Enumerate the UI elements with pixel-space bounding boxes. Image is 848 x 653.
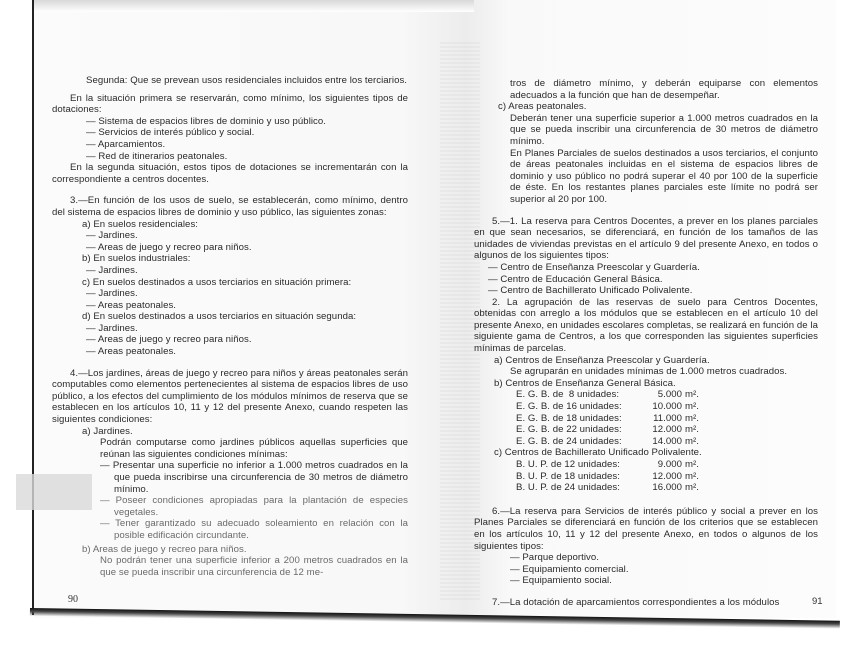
table-row: E. G. B. de 18 unidades: 11.000 m². xyxy=(480,413,818,425)
article-6: 6.—La reserva para Servicios de interés … xyxy=(474,506,818,552)
egb-unit: m². xyxy=(682,389,699,401)
article-5-1: 5.—1. La reserva para Centros Docentes, … xyxy=(474,216,818,262)
article-4-b-text: No podrán tener una superficie inferior … xyxy=(62,555,408,578)
egb-label: E. G. B. de 24 unidades: xyxy=(516,436,628,448)
article-3-dash: — Areas de juego y recreo para niños. xyxy=(62,334,408,346)
article-4-a-dash: — Presentar una superficie no inferior a… xyxy=(62,460,408,495)
egb-table: E. G. B. de 8 unidades: 5.000 m². E. G. … xyxy=(480,389,818,447)
egb-label: E. G. B. de 8 unidades: xyxy=(516,389,628,401)
segunda-paragraph: Segunda: Que se prevean usos residencial… xyxy=(62,75,408,87)
article-4-a-text: Podrán computarse como jardines públicos… xyxy=(62,437,408,460)
article-6-dash: — Parque deportivo. xyxy=(480,552,818,564)
egb-value: 10.000 xyxy=(628,401,682,413)
article-3-item-a: a) En suelos residenciales: xyxy=(62,219,408,231)
article-4-c-text-1: Deberán tener una superficie superior a … xyxy=(480,113,818,148)
article-5-1-dash: — Centro de Enseñanza Preescolar y Guard… xyxy=(480,262,818,274)
bup-label: B. U. P. de 18 unidades: xyxy=(516,471,628,483)
bup-unit: m². xyxy=(682,471,699,483)
article-5-2-c-label: c) Centros de Bachillerato Unificado Pol… xyxy=(480,447,818,459)
bup-label: B. U. P. de 24 unidades: xyxy=(516,482,628,494)
table-row: B. U. P. de 12 unidades: 9.000 m². xyxy=(480,459,818,471)
bup-value: 9.000 xyxy=(628,459,682,471)
page-edge-line xyxy=(32,0,34,615)
article-3-item-d: d) En suelos destinados a usos terciario… xyxy=(62,311,408,323)
article-3-item-b: b) En suelos industriales: xyxy=(62,253,408,265)
dotacion-item: — Red de itinerarios peatonales. xyxy=(62,151,408,163)
article-4-c-label: c) Areas peatonales. xyxy=(480,101,818,113)
article-3-dash: — Jardines. xyxy=(62,288,408,300)
right-page-text: tros de diámetro mínimo, y deberán equip… xyxy=(480,78,818,609)
egb-unit: m². xyxy=(682,424,699,436)
article-4-a-dash: — Poseer condiciones apropiadas para la … xyxy=(62,495,408,518)
segunda-text: Que se prevean usos residenciales inclui… xyxy=(130,75,407,86)
page-number-right: 91 xyxy=(812,596,823,607)
article-6-dash: — Equipamiento social. xyxy=(480,575,818,587)
egb-value: 5.000 xyxy=(628,389,682,401)
article-3-dash: — Jardines. xyxy=(62,323,408,335)
table-row: E. G. B. de 8 unidades: 5.000 m². xyxy=(480,389,818,401)
left-page-text: Segunda: Que se prevean usos residencial… xyxy=(62,75,408,578)
bup-value: 12.000 xyxy=(628,471,682,483)
scanned-book-spread: Segunda: Que se prevean usos residencial… xyxy=(0,0,848,653)
bup-table: B. U. P. de 12 unidades: 9.000 m². B. U.… xyxy=(480,459,818,494)
article-5-2-a-text: Se agruparán en unidades mínimas de 1.00… xyxy=(480,366,818,378)
table-row: E. G. B. de 24 unidades: 14.000 m². xyxy=(480,436,818,448)
bup-value: 16.000 xyxy=(628,482,682,494)
egb-label: E. G. B. de 18 unidades: xyxy=(516,413,628,425)
table-row: B. U. P. de 24 unidades: 16.000 m². xyxy=(480,482,818,494)
article-3-dash: — Areas peatonales. xyxy=(62,346,408,358)
article-5-2-b-label: b) Centros de Enseñanza General Básica. xyxy=(480,378,818,390)
article-4-b-label: b) Areas de juego y recreo para niños. xyxy=(62,544,408,556)
situacion-primera-paragraph: En la situación primera se reservarán, c… xyxy=(52,93,408,116)
article-3-dash: — Jardines. xyxy=(62,230,408,242)
segunda-label: Segunda: xyxy=(86,75,127,86)
bup-unit: m². xyxy=(682,459,699,471)
dotacion-item: — Servicios de interés público y social. xyxy=(62,127,408,139)
dotacion-item: — Aparcamientos. xyxy=(62,139,408,151)
situacion-segunda-paragraph: En la segunda situación, estos tipos de … xyxy=(52,162,408,185)
dotacion-item: — Sistema de espacios libres de dominio … xyxy=(62,116,408,128)
article-5-1-dash: — Centro de Educación General Básica. xyxy=(480,274,818,286)
egb-value: 14.000 xyxy=(628,436,682,448)
top-shadow xyxy=(34,0,474,12)
article-5-2-a-label: a) Centros de Enseñanza Preescolar y Gua… xyxy=(480,355,818,367)
article-3-dash: — Jardines. xyxy=(62,265,408,277)
article-4-c-text-2: En Planes Parciales de suelos destinados… xyxy=(480,148,818,206)
egb-unit: m². xyxy=(682,436,699,448)
egb-label: E. G. B. de 16 unidades: xyxy=(516,401,628,413)
article-6-dash: — Equipamiento comercial. xyxy=(480,564,818,576)
article-5-1-dash: — Centro de Bachillerato Unificado Poliv… xyxy=(480,285,818,297)
egb-label: E. G. B. de 22 unidades: xyxy=(516,424,628,436)
article-4-intro: 4.—Los jardines, áreas de juego y recreo… xyxy=(52,368,408,426)
article-5-2: 2. La agrupación de las reservas de suel… xyxy=(474,297,818,355)
article-4-b-continuation: tros de diámetro mínimo, y deberán equip… xyxy=(480,78,818,101)
table-row: E. G. B. de 22 unidades: 12.000 m². xyxy=(480,424,818,436)
article-4-a-label: a) Jardines. xyxy=(62,426,408,438)
article-3-intro: 3.—En función de los usos de suelo, se e… xyxy=(52,195,408,218)
article-3-dash: — Areas peatonales. xyxy=(62,300,408,312)
egb-unit: m². xyxy=(682,401,699,413)
bup-label: B. U. P. de 12 unidades: xyxy=(516,459,628,471)
table-row: B. U. P. de 18 unidades: 12.000 m². xyxy=(480,471,818,483)
article-3-dash: — Areas de juego y recreo para niños. xyxy=(62,242,408,254)
egb-value: 12.000 xyxy=(628,424,682,436)
page-number-left: 90 xyxy=(68,594,78,605)
egb-unit: m². xyxy=(682,413,699,425)
bup-unit: m². xyxy=(682,482,699,494)
article-7: 7.—La dotación de aparcamientos correspo… xyxy=(474,597,818,609)
article-4-a-dash: — Tener garantizado su adecuado soleamie… xyxy=(62,518,408,541)
egb-value: 11.000 xyxy=(628,413,682,425)
article-3-item-c: c) En suelos destinados a usos terciario… xyxy=(62,277,408,289)
table-row: E. G. B. de 16 unidades: 10.000 m². xyxy=(480,401,818,413)
